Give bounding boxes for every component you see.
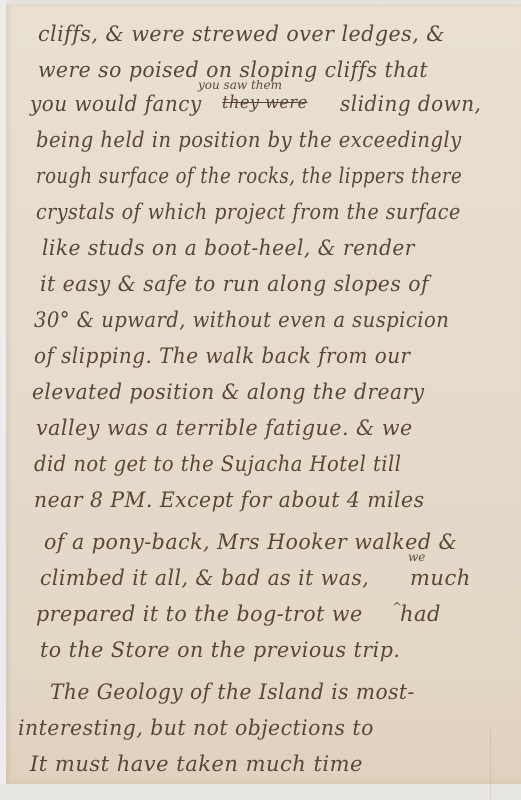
text-line-17b: had: [400, 602, 441, 626]
text-line-5: rough surface of the rocks, the lippers …: [36, 164, 462, 188]
text-line-3a: you would fancy: [30, 92, 202, 116]
text-line-8: it easy & safe to run along slopes of: [40, 272, 429, 296]
text-line-13: did not get to the Sujacha Hotel till: [34, 452, 401, 476]
text-line-16a: climbed it all, & bad as it was,: [40, 566, 369, 590]
text-line-12: valley was a terrible fatigue. & we: [36, 416, 413, 440]
text-line-6: crystals of which project from the surfa…: [36, 200, 461, 224]
struck-text: they were: [222, 92, 308, 113]
text-line-9: 30° & upward, without even a suspicion: [34, 308, 449, 332]
text-line-1: cliffs, & were strewed over ledges, &: [38, 22, 445, 46]
text-line-7: like studs on a boot-heel, & render: [42, 236, 415, 260]
text-line-10: of slipping. The walk back from our: [34, 344, 411, 368]
handwritten-text: cliffs, & were strewed over ledges, & we…: [0, 0, 521, 800]
text-line-18: to the Store on the previous trip.: [40, 638, 400, 662]
text-line-11: elevated position & along the dreary: [32, 380, 424, 404]
text-line-21: It must have taken much time: [30, 752, 363, 776]
text-line-19: The Geology of the Island is most-: [50, 680, 415, 704]
text-line-20: interesting, but not objections to: [18, 716, 374, 740]
text-line-16b: much: [410, 566, 471, 590]
text-line-3b: sliding down,: [340, 92, 481, 116]
text-line-15: of a pony-back, Mrs Hooker walked &: [44, 530, 457, 554]
text-line-14: near 8 PM. Except for about 4 miles: [34, 488, 425, 512]
insertion-we: we: [408, 550, 425, 564]
insertion-you-saw-them: you saw them: [198, 78, 282, 92]
text-line-4: being held in position by the exceedingl…: [36, 128, 462, 152]
text-line-17a: prepared it to the bog-trot we: [36, 602, 363, 626]
